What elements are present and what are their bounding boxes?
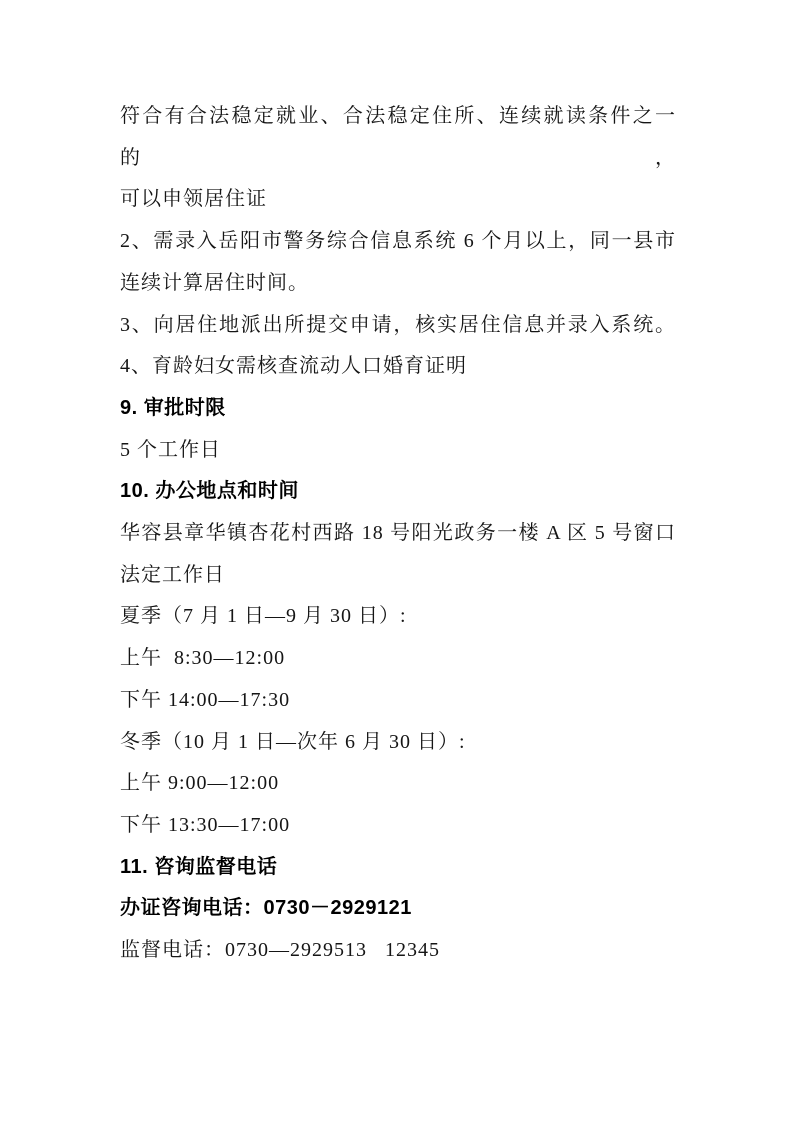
text-line: 监督电话：0730—2929513 12345 — [120, 930, 676, 972]
text-line: 夏季（7 月 1 日—9 月 30 日）: — [120, 596, 676, 638]
text-line: 冬季（10 月 1 日—次年 6 月 30 日）: — [120, 722, 676, 764]
text-line: 2、需录入岳阳市警务综合信息系统 6 个月以上，同一县市 — [120, 221, 676, 263]
text-line: 5 个工作日 — [120, 430, 676, 472]
text-line: 法定工作日 — [120, 555, 676, 597]
text-line: 下午 13:30—17:00 — [120, 805, 676, 847]
document-page: 符合有合法稳定就业、合法稳定住所、连续就读条件之一的，可以申领居住证2、需录入岳… — [0, 0, 793, 1122]
text-line: 连续计算居住时间。 — [120, 263, 676, 305]
section-heading: 9. 审批时限 — [120, 388, 676, 430]
text-line: 4、育龄妇女需核查流动人口婚育证明 — [120, 346, 676, 388]
text-line: 上午 9:00—12:00 — [120, 763, 676, 805]
text-line: 3、向居住地派出所提交申请，核实居住信息并录入系统。 — [120, 305, 676, 347]
section-heading: 11. 咨询监督电话 — [120, 847, 676, 889]
text-line: 华容县章华镇杏花村西路 18 号阳光政务一楼 A 区 5 号窗口 — [120, 513, 676, 555]
section-heading: 10. 办公地点和时间 — [120, 471, 676, 513]
text-line: 下午 14:00—17:30 — [120, 680, 676, 722]
text-line: 办证咨询电话：0730－2929121 — [120, 888, 676, 930]
text-line: 上午 8:30—12:00 — [120, 638, 676, 680]
text-line: 可以申领居住证 — [120, 179, 676, 221]
text-line: 符合有合法稳定就业、合法稳定住所、连续就读条件之一的， — [120, 96, 676, 179]
document-body: 符合有合法稳定就业、合法稳定住所、连续就读条件之一的，可以申领居住证2、需录入岳… — [120, 96, 676, 972]
